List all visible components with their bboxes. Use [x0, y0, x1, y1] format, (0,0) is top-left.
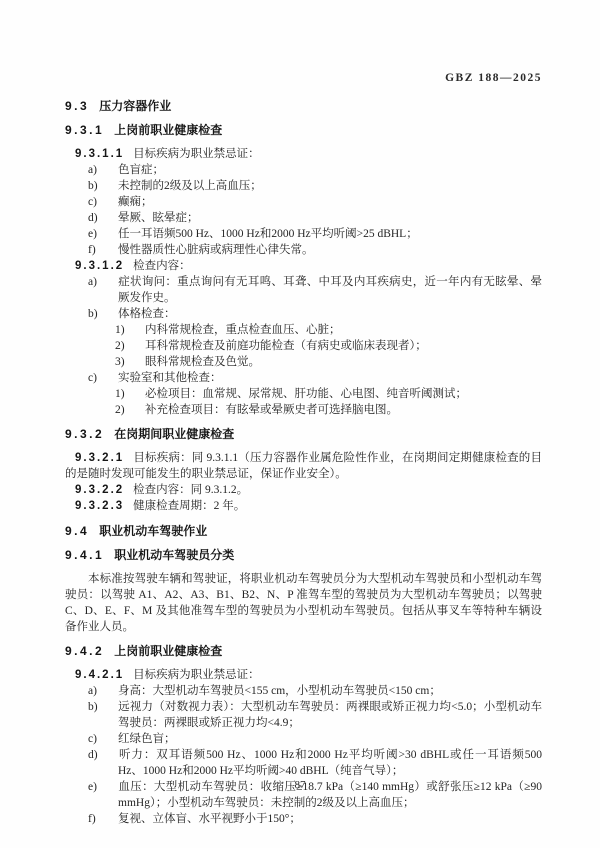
text: 体格检查： — [118, 308, 176, 320]
section-heading-9.4: 9.4职业机动车驾驶作业 — [65, 523, 542, 539]
clause-number: 9.4 — [65, 524, 89, 538]
text: 本标准按驾驶车辆和驾驶证，将职业机动车驾驶员分为大型机动车驾驶员和小型机动车驾驶… — [65, 573, 542, 633]
list-item-2-17: 2)补充检查项目：有眩晕或晕厥史者可选择脑电图。 — [65, 402, 542, 418]
list-item-f-32: f)复视、立体盲、水平视野小于150°； — [65, 811, 542, 827]
item-label: d) — [88, 210, 118, 226]
clause-number: 9.4.2 — [65, 644, 104, 658]
item-label: a) — [88, 683, 118, 699]
text: 红绿色盲； — [118, 733, 176, 745]
text: 目标疾病为职业禁忌证： — [133, 669, 260, 681]
item-label: f) — [88, 811, 118, 827]
text: 耳科常规检查及前庭功能检查（有病史或临床表现者）； — [145, 340, 427, 352]
item-label: e) — [88, 226, 118, 242]
text: 任一耳语频500 Hz、1000 Hz和2000 Hz平均听阈>25 dBHL； — [118, 228, 418, 240]
text: 未控制的2级及以上高血压； — [118, 180, 262, 192]
item-label: c) — [88, 370, 118, 386]
text: 晕厥、眩晕症； — [118, 212, 199, 224]
text: 症状询问：重点询问有无耳鸣、耳聋、中耳及内耳疾病史，近一年内有无眩晕、晕厥发作史… — [118, 276, 542, 304]
clause-number: 9.4.1 — [65, 548, 104, 562]
text: 癫痫； — [118, 196, 153, 208]
text: 目标疾病为职业禁忌证： — [133, 148, 260, 160]
list-item-b-4: b)未控制的2级及以上高血压； — [65, 178, 542, 194]
text: 内科常规检查，重点检查血压、心脏； — [145, 324, 341, 336]
item-label: b) — [88, 306, 118, 322]
content-area: 9.3压力容器作业9.3.1上岗前职业健康检查9.3.1.1目标疾病为职业禁忌证… — [65, 89, 542, 827]
clause-number: 9.3 — [65, 99, 89, 113]
list-item-a-27: a)身高：大型机动车驾驶员<155 cm，小型机动车驾驶员<150 cm； — [65, 683, 542, 699]
list-item-c-15: c)实验室和其他检查： — [65, 370, 542, 386]
text: 上岗前职业健康检查 — [114, 644, 222, 658]
clause-9.3.1.1: 9.3.1.1目标疾病为职业禁忌证： — [65, 146, 542, 162]
page-number: 87 — [0, 779, 600, 791]
item-label: c) — [88, 731, 118, 747]
list-item-b-11: b)体格检查： — [65, 306, 542, 322]
list-item-1-12: 1)内科常规检查，重点检查血压、心脏； — [65, 322, 542, 338]
item-label: c) — [88, 194, 118, 210]
clause-9.3.1.2: 9.3.1.2检查内容： — [65, 258, 542, 274]
list-item-c-5: c)癫痫； — [65, 194, 542, 210]
clause-9.3.2.1: 9.3.2.1目标疾病：同 9.3.1.1（压力容器作业属危险性作业，在岗期间定… — [65, 450, 542, 482]
list-item-d-30: d)听力：双耳语频500 Hz、1000 Hz和2000 Hz平均听阈>30 d… — [65, 747, 542, 779]
clause-9.3.2.3: 9.3.2.3健康检查周期：2 年。 — [65, 498, 542, 514]
list-item-e-7: e)任一耳语频500 Hz、1000 Hz和2000 Hz平均听阈>25 dBH… — [65, 226, 542, 242]
text: 慢性器质性心脏病或病理性心律失常。 — [118, 244, 314, 256]
item-label: 1) — [115, 322, 145, 338]
list-item-1-16: 1)必检项目：血常规、尿常规、肝功能、心电图、纯音听阈测试； — [65, 386, 542, 402]
clause-number: 9.3.1.1 — [75, 148, 124, 160]
list-item-f-8: f)慢性器质性心脏病或病理性心律失常。 — [65, 242, 542, 258]
list-item-a-10: a)症状询问：重点询问有无耳鸣、耳聋、中耳及内耳疾病史，近一年内有无眩晕、晕厥发… — [65, 274, 542, 306]
clause-number: 9.3.2.1 — [75, 452, 124, 464]
text: 远视力（对数视力表）：大型机动车驾驶员：两裸眼或矫正视力均<5.0；小型机动车驾… — [118, 701, 542, 729]
text: 健康检查周期：2 年。 — [133, 500, 245, 512]
section-heading-9.4.1: 9.4.1职业机动车驾驶员分类 — [65, 547, 542, 563]
clause-number: 9.3.2.2 — [75, 484, 124, 496]
section-heading-9.3: 9.3压力容器作业 — [65, 98, 542, 114]
item-label: f) — [88, 242, 118, 258]
item-label: a) — [88, 274, 118, 290]
text: 检查内容： — [133, 260, 191, 272]
text: 身高：大型机动车驾驶员<155 cm，小型机动车驾驶员<150 cm； — [118, 685, 441, 697]
clause-9.4.2.1: 9.4.2.1目标疾病为职业禁忌证： — [65, 667, 542, 683]
section-heading-9.3.1: 9.3.1上岗前职业健康检查 — [65, 122, 542, 138]
item-label: d) — [88, 747, 118, 763]
section-heading-9.3.2: 9.3.2在岗期间职业健康检查 — [65, 426, 542, 442]
text: 在岗期间职业健康检查 — [114, 427, 234, 441]
text: 目标疾病：同 9.3.1.1（压力容器作业属危险性作业，在岗期间定期健康检查的目… — [65, 452, 542, 480]
list-item-3-14: 3)眼科常规检查及色觉。 — [65, 354, 542, 370]
text: 必检项目：血常规、尿常规、肝功能、心电图、纯音听阈测试； — [145, 388, 467, 400]
clause-9.3.2.2: 9.3.2.2检查内容：同 9.3.1.2。 — [65, 482, 542, 498]
clause-number: 9.3.1.2 — [75, 260, 124, 272]
text: 职业机动车驾驶作业 — [99, 524, 207, 538]
text: 色盲症； — [118, 164, 164, 176]
section-heading-9.4.2: 9.4.2上岗前职业健康检查 — [65, 643, 542, 659]
clause-number: 9.4.2.1 — [75, 669, 124, 681]
text: 眼科常规检查及色觉。 — [145, 356, 260, 368]
list-item-d-6: d)晕厥、眩晕症； — [65, 210, 542, 226]
text: 复视、立体盲、水平视野小于150°； — [118, 813, 301, 825]
clause-number: 9.3.2.3 — [75, 500, 124, 512]
doc-number-header: GBZ 188—2025 — [445, 72, 542, 84]
item-label: 2) — [115, 338, 145, 354]
document-page: GBZ 188—2025 9.3压力容器作业9.3.1上岗前职业健康检查9.3.… — [0, 0, 600, 848]
item-label: a) — [88, 162, 118, 178]
item-label: 3) — [115, 354, 145, 370]
clause-number: 9.3.1 — [65, 123, 104, 137]
text: 实验室和其他检查： — [118, 372, 222, 384]
item-label: 2) — [115, 402, 145, 418]
list-item-2-13: 2)耳科常规检查及前庭功能检查（有病史或临床表现者）； — [65, 338, 542, 354]
paragraph-24: 本标准按驾驶车辆和驾驶证，将职业机动车驾驶员分为大型机动车驾驶员和小型机动车驾驶… — [65, 571, 542, 635]
list-item-c-29: c)红绿色盲； — [65, 731, 542, 747]
text: 听力：双耳语频500 Hz、1000 Hz和2000 Hz平均听阈>30 dBH… — [118, 749, 542, 777]
list-item-b-28: b)远视力（对数视力表）：大型机动车驾驶员：两裸眼或矫正视力均<5.0；小型机动… — [65, 699, 542, 731]
text: 检查内容：同 9.3.1.2。 — [133, 484, 248, 496]
clause-number: 9.3.2 — [65, 427, 104, 441]
list-item-a-3: a)色盲症； — [65, 162, 542, 178]
text: 压力容器作业 — [99, 99, 171, 113]
item-label: b) — [88, 699, 118, 715]
item-label: 1) — [115, 386, 145, 402]
text: 职业机动车驾驶员分类 — [114, 548, 234, 562]
item-label: b) — [88, 178, 118, 194]
text: 补充检查项目：有眩晕或晕厥史者可选择脑电图。 — [145, 404, 398, 416]
text: 上岗前职业健康检查 — [114, 123, 222, 137]
